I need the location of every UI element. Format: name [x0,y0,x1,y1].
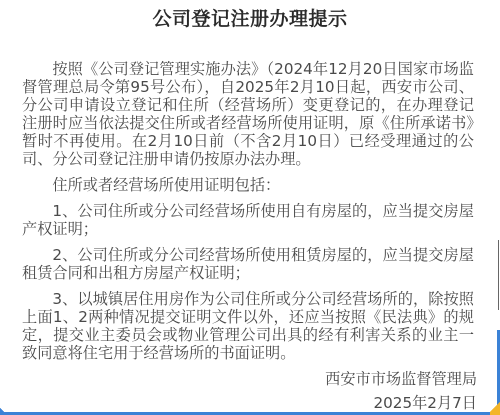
paragraph-intro: 按照《公司登记管理实施办法》（2024年12月20日国家市场监督管理总局令第95… [22,60,474,168]
edge-artifact [498,240,499,310]
paragraph-item-3: 3、以城镇居住用房作为公司住所或分公司经营场所的，除按照上面1、2两种情况提交证… [22,290,474,362]
paragraph-proof-heading: 住所或者经营场所使用证明包括： [22,176,474,194]
notice-body: 按照《公司登记管理实施办法》（2024年12月20日国家市场监督管理总局令第95… [22,60,474,370]
notice-document: 公司登记注册办理提示 按照《公司登记管理实施办法》（2024年12月20日国家市… [0,0,500,415]
frame-corner-left [0,407,6,415]
signature-block: 西安市市场监督管理局 2025年2月7日 [325,367,477,415]
paragraph-item-1: 1、公司住所或分公司经营场所使用自有房屋的，应当提交房屋产权证明； [22,202,474,238]
paragraph-item-2: 2、公司住所或分公司经营场所使用租赁房屋的，应当提交房屋租赁合同和出租方房屋产权… [22,246,474,282]
frame-corner-accent [490,401,500,415]
notice-title: 公司登记注册办理提示 [0,6,500,32]
issuer-name: 西安市市场监督管理局 [325,367,477,391]
